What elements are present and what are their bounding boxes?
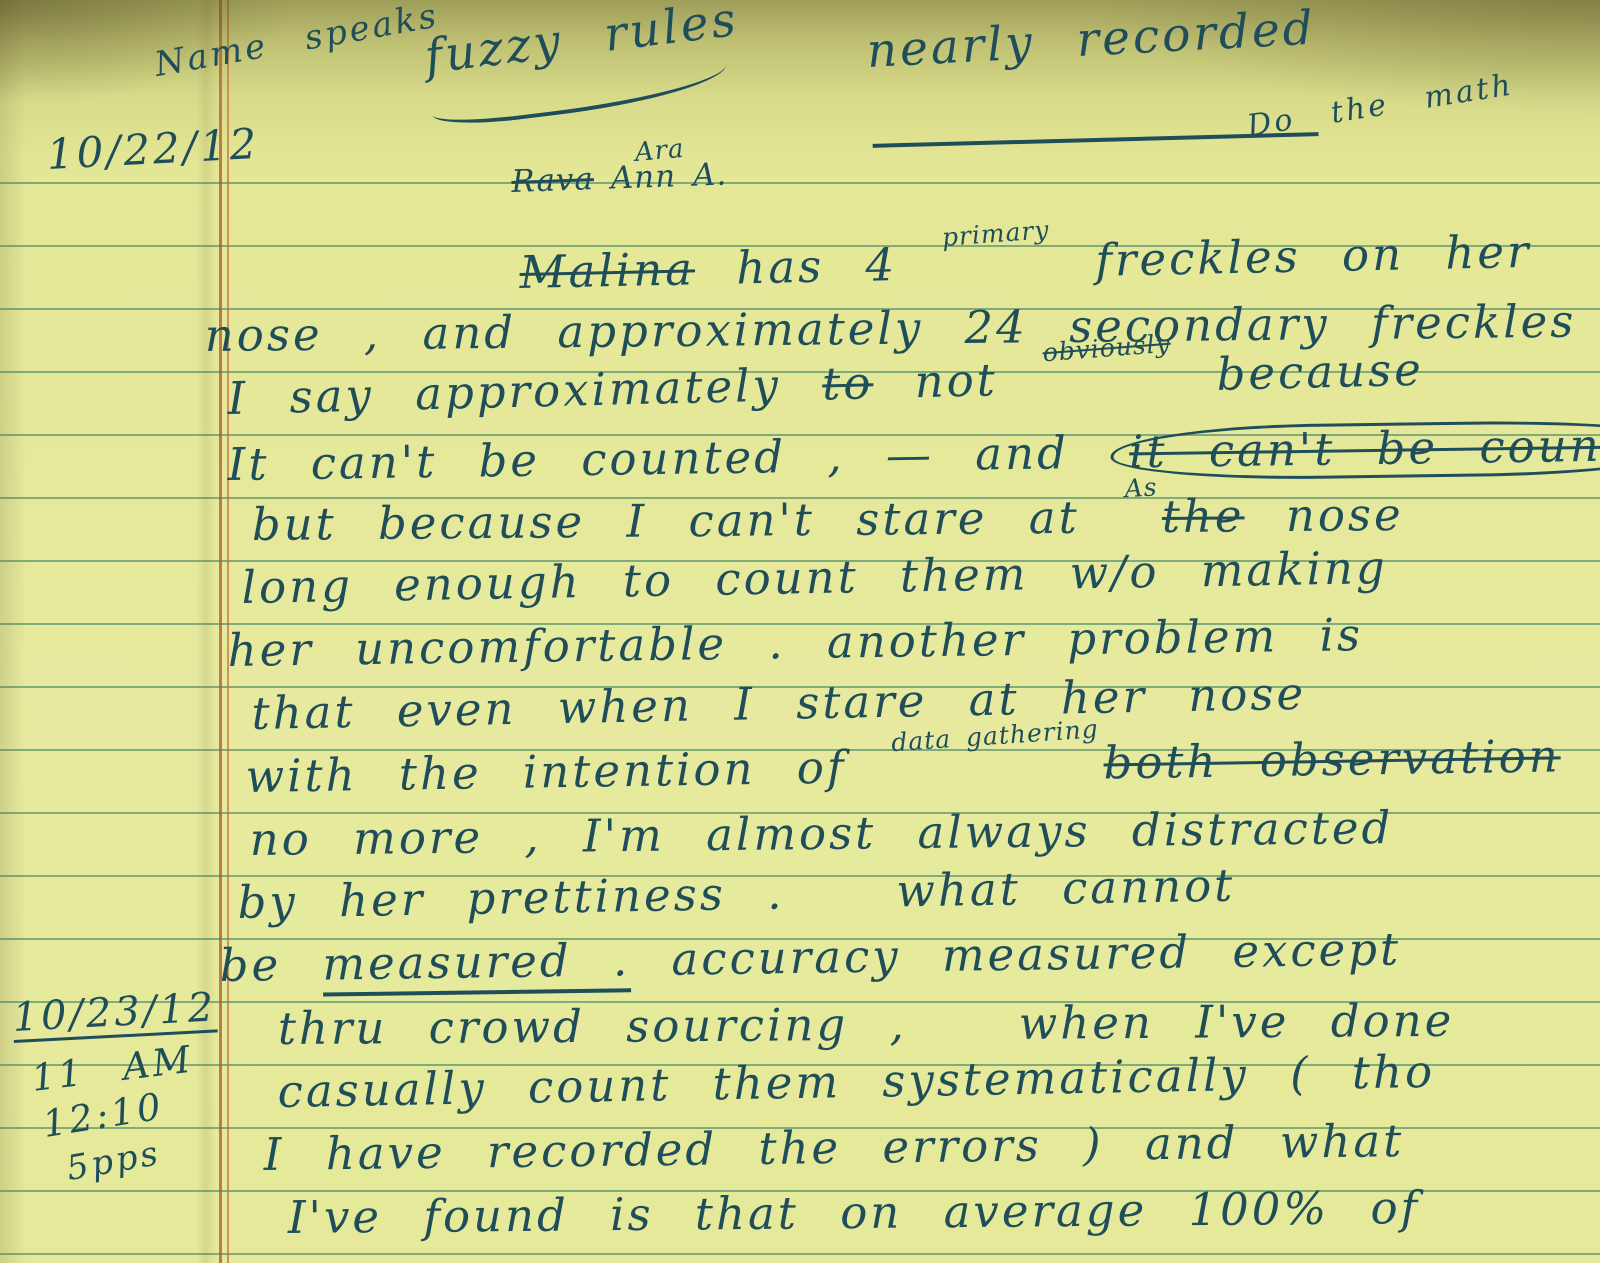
handwritten-segment: has 4: [694, 237, 939, 295]
handwritten-segment: because: [1175, 343, 1425, 402]
handwritten-segment-gap: [785, 907, 897, 909]
handwritten-segment: I say approximately: [227, 357, 823, 425]
handwritten-segment: what cannot: [896, 859, 1236, 918]
handwritten-segment: nose: [1244, 488, 1404, 542]
handwritten-line: with the intention of data gatheringboth…: [245, 732, 1600, 799]
handwritten-segment-strike: Malina: [519, 242, 696, 299]
handwritten-line: her uncomfortable . another problem is: [227, 612, 1363, 673]
handwritten-line: thru crowd sourcing ,when I've done: [278, 998, 1455, 1051]
handwritten-line: casually count them systematically ( tho: [277, 1049, 1435, 1114]
handwritten-line: be measured . accuracy measured except: [219, 927, 1401, 988]
handwritten-segment: that even when I stare at her nose: [251, 667, 1306, 740]
handwritten-segment-insert: primary: [941, 217, 1050, 250]
handwritten-segment-circle: it can't be counted: [1110, 418, 1600, 481]
handwritten-segment-insert: As: [1124, 474, 1158, 501]
handwritten-segment-strike: Rava: [511, 161, 595, 200]
handwritten-line: that even when I stare at her nose: [251, 671, 1306, 736]
handwritten-segment: I've found is that on average 100% of: [288, 1181, 1421, 1244]
handwritten-line: I have recorded the errors ) and what: [263, 1118, 1404, 1177]
handwritten-segment-gap: [907, 1039, 1019, 1040]
handwritten-segment: be: [219, 938, 322, 992]
inserted-name-note: Rava Ann A.: [511, 159, 728, 198]
handwritten-segment: freckles on her: [1053, 225, 1532, 288]
handwritten-line: but because I can't stare at Asthe nose: [252, 492, 1404, 547]
handwritten-segment: Ann A.: [593, 156, 727, 197]
handwritten-segment: casually count them systematically ( tho: [277, 1045, 1435, 1118]
handwritten-line: Malina has 4 primary freckles on her: [519, 229, 1532, 295]
handwritten-segment: her uncomfortable . another problem is: [227, 608, 1363, 677]
handwritten-segment: accuracy measured except: [630, 923, 1402, 987]
header-note-do-the-math: Do the math: [1245, 70, 1515, 142]
handwritten-segment: by her prettiness .: [237, 866, 785, 929]
handwritten-line: I've found is that on average 100% of: [288, 1185, 1421, 1240]
handwritten-segment: no more , I'm almost always distracted: [249, 801, 1393, 866]
date-heading: 10/22/12: [46, 123, 261, 176]
handwritten-segment-strike: both observation: [1103, 729, 1561, 789]
handwritten-segment: when I've done: [1019, 994, 1455, 1050]
handwritten-line: long enough to count them w/o making: [241, 545, 1388, 610]
legal-pad-page: Name speaks fuzzy rules nearly recorded …: [0, 0, 1600, 1263]
handwritten-line: by her prettiness .what cannot: [237, 863, 1235, 925]
header-note-name-speaks: Name speaks: [152, 0, 441, 82]
handwritten-line: no more , I'm almost always distracted: [250, 805, 1394, 862]
handwritten-segment: thru crowd sourcing ,: [278, 998, 907, 1055]
handwritten-segment: long enough to count them w/o making: [241, 541, 1388, 614]
handwritten-segment: I have recorded the errors ) and what: [263, 1114, 1404, 1181]
handwritten-segment-strike: the: [1162, 489, 1245, 543]
header-note-fuzzy-rules: fuzzy rules: [422, 0, 741, 81]
handwritten-segment: &: [1560, 728, 1600, 782]
handwritten-segment: but because I can't stare at: [252, 490, 1122, 551]
handwritten-segment: It can't be counted , — and: [227, 426, 1110, 491]
handwritten-segment-strike: to: [822, 356, 874, 410]
handwritten-segment: not: [873, 352, 1040, 409]
margin-date: 10/23/12: [12, 987, 218, 1043]
margin-time-start: 11 AM: [29, 1040, 195, 1097]
handwritten-line: It can't be counted , — and it can't be …: [227, 417, 1600, 494]
margin-pages-note: 5pps: [64, 1136, 163, 1186]
handwritten-segment: with the intention of: [245, 740, 888, 803]
handwritten-segment-underline: measured .: [322, 933, 631, 996]
header-note-nearly-recorded: nearly recorded: [866, 5, 1317, 75]
margin-rule-line-outer: [219, 0, 222, 1263]
